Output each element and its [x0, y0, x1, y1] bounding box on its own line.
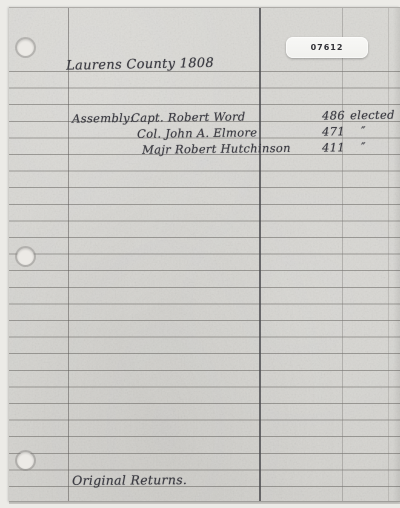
notebook-page: 07612 Laurens County 1808 Assembly: Capt… — [9, 7, 400, 502]
candidate-name: Capt. Robert Word — [131, 110, 246, 125]
record-prefix: Assembly: — [72, 111, 134, 126]
punch-hole-bottom — [17, 452, 34, 469]
vote-count: 471 — [322, 124, 345, 138]
result-note: elected — [350, 108, 395, 123]
footer-note: Original Returns. — [72, 472, 187, 488]
punch-hole-middle — [17, 248, 34, 265]
punch-hole-top — [17, 39, 34, 56]
left-margin-rule — [68, 8, 69, 501]
page-title: Laurens County 1808 — [66, 56, 214, 74]
candidate-name: Col. John A. Elmore — [137, 125, 257, 140]
candidate-name: Majr Robert Hutchinson — [142, 141, 291, 157]
catalog-sticker: 07612 — [286, 37, 368, 58]
vote-count: 411 — [322, 140, 345, 154]
catalog-number: 07612 — [311, 43, 344, 52]
ditto-mark: ″ — [361, 124, 366, 138]
vote-count: 486 — [322, 108, 345, 122]
center-column-rule — [259, 8, 261, 501]
right-column-rule — [342, 8, 343, 501]
ditto-mark: ″ — [361, 140, 366, 154]
far-right-column-rule — [388, 8, 389, 501]
page-right-shadow — [393, 8, 400, 501]
scanned-document: 07612 Laurens County 1808 Assembly: Capt… — [0, 0, 400, 508]
